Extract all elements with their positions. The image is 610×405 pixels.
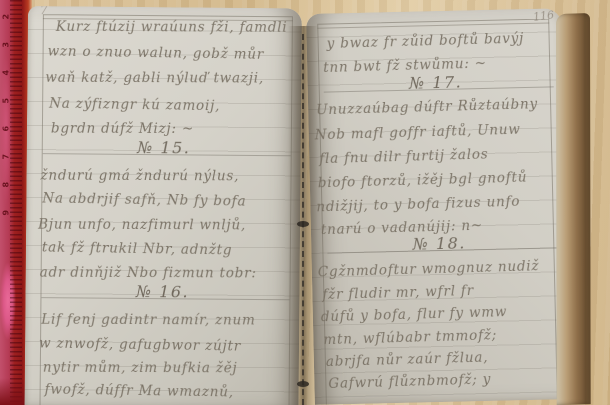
handwriting-line: Na zýfizngr kú zamoij, [49,96,220,115]
handwriting-line: wzn o znuo walun, gobž můr [47,43,264,62]
handwriting-line: Gafwrú flůznbmofž; y [328,371,491,392]
handwriting-line: Nob mafl goffr iaftů, Unuw [315,122,521,144]
binding-stitches [302,34,304,405]
section-heading: № 16. [25,281,299,302]
handwriting-line: Kurz ftúzij wraúuns fži, famdli [56,19,288,36]
handwriting-line: Lif fenj gadintr namír, znum [41,312,255,329]
handwriting-line: fla fnu dilr furtij žalos [319,146,489,167]
handwriting-line: ndižjij, to y bofa fizus unfo [316,194,520,216]
ruler-number: 9 [2,206,11,216]
ruler-number: 2 [2,10,11,20]
handwriting-line: adr dinňjiž Nbo fizmun tobr: [40,265,257,282]
handwriting-line: w znwofž, gafugbwor zújtr [39,335,241,354]
handwriting-line: Na abdrjif safň, Nb fy bofa [42,190,246,209]
handwriting-line: waň katž, gabli nýluď twazji, [45,70,264,87]
ruler-number: 8 [2,178,11,188]
handwriting-line: nytir mům, zim bufkia žěj [43,360,238,377]
ruler-number: 5 [2,94,11,104]
handwriting-line: mtn, wflúbabr tmmofž; [323,327,497,348]
handwriting-line: Unuzzaúbag dúftr Růztaúbny [316,96,538,118]
ruler-number: 7 [2,150,11,160]
handwriting-line: bgrdn dúfž Mizj: ~ [51,121,194,137]
stitch-knot [297,381,309,387]
handwriting-line: fwofž, dúffr Ma wmaznů, [45,382,234,401]
ruler-number: 3 [2,38,11,48]
right-page: 116 y bwaz fr zůid boftů bavýj tnn bwt f… [306,8,571,405]
handwriting-line: Bjun unfo, nazfimurl wnljů, [38,217,246,234]
ruler-number: 6 [2,122,11,132]
photo-scene: 2 3 4 5 6 7 8 9 7 Kurz ftúzij wraúuns fž… [0,0,610,405]
stitch-knot [297,221,309,227]
handwriting-line: biofo ftorzů, ižěj bgl gnoftů [318,169,528,191]
section-heading: № 15. [27,137,301,158]
left-page: 7 Kurz ftúzij wraúuns fži, famdli wzn o … [25,6,302,405]
left-page-corner-mark: 7 [40,6,48,17]
book-gutter [288,26,318,405]
page-stack-edge [556,13,591,405]
handwriting-line: abrjfa nůr zaúr fžlua, [326,350,489,371]
page-number: 116 [532,8,554,24]
handwriting-line: Cgžnmdoftur wmognuz nudiž [318,258,540,280]
tape-tick-marks [10,0,22,405]
handwriting-line: y bwaz fr zůid boftů bavýj [326,31,524,53]
handwriting-line: dúfů y bofa, flur fy wmw [321,304,508,325]
ruler-number: 4 [2,66,11,76]
handwriting-line: tak fž ftrukil Nbr, adnžtg [42,239,233,258]
handwriting-line: fžr fludir mr, wfrl fr [322,283,474,303]
handwriting-line: žndurú gmá žndurú nýlus, [40,168,239,185]
